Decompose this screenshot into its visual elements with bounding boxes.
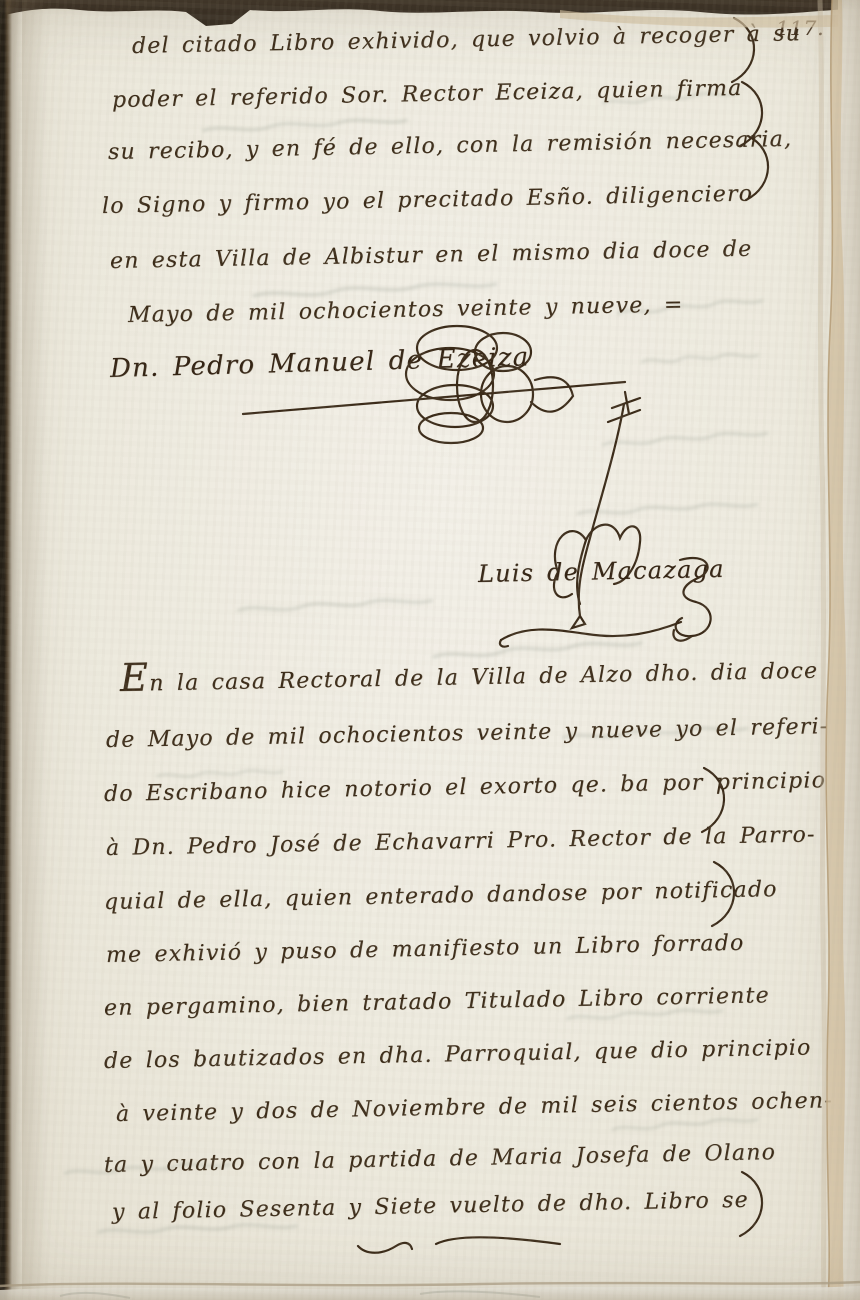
manuscript-scan: 117. del citado Libro exhivido, que volv…	[0, 0, 860, 1300]
line-end-flourish	[736, 134, 782, 204]
line-end-flourish	[702, 860, 748, 930]
torn-top-edge	[0, 0, 860, 34]
next-sheet-strip	[0, 1287, 860, 1300]
line-end-flourish	[730, 1170, 776, 1240]
macazaga-rubric-flourish	[650, 552, 725, 647]
notarial-sign	[528, 390, 658, 630]
closing-squiggle	[352, 1230, 567, 1258]
deckle-right-edge	[798, 0, 860, 1300]
binding-edge	[0, 0, 22, 1300]
line-end-flourish	[692, 766, 738, 836]
